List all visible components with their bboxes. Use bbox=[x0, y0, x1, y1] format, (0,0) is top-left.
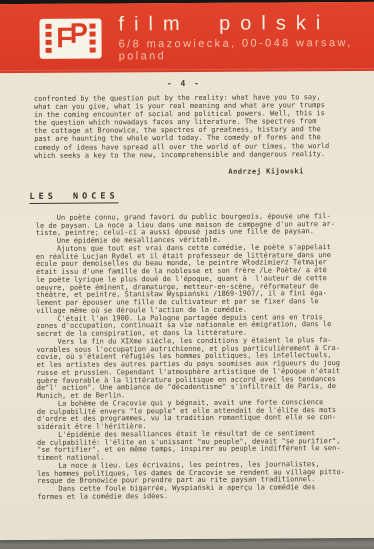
film-polski-logo: FP bbox=[39, 18, 101, 58]
page-number: - 4 - bbox=[34, 78, 334, 89]
company-name: film polski bbox=[118, 12, 374, 36]
letterhead-text: film polski 6/8 mazowiecka, 00-048 warsa… bbox=[118, 12, 374, 63]
section-title: LES NOCES bbox=[30, 191, 119, 204]
document-page: FP film polski 6/8 mazowiecka, 00-048 wa… bbox=[0, 2, 374, 540]
logo-letter-p: P bbox=[70, 20, 85, 48]
english-excerpt: confronted by the question put by the re… bbox=[34, 93, 350, 160]
film-strip-icon bbox=[90, 24, 96, 53]
company-address: 6/8 mazowiecka, 00-048 warsaw, poland bbox=[119, 37, 374, 63]
logo-letters: FP bbox=[56, 24, 85, 53]
letterhead-band: FP film polski 6/8 mazowiecka, 00-048 wa… bbox=[0, 2, 374, 73]
film-strip-icon bbox=[45, 24, 51, 53]
french-text: Un poète connu, grand favori du public b… bbox=[36, 213, 359, 502]
logo-letter-f: F bbox=[56, 24, 70, 52]
